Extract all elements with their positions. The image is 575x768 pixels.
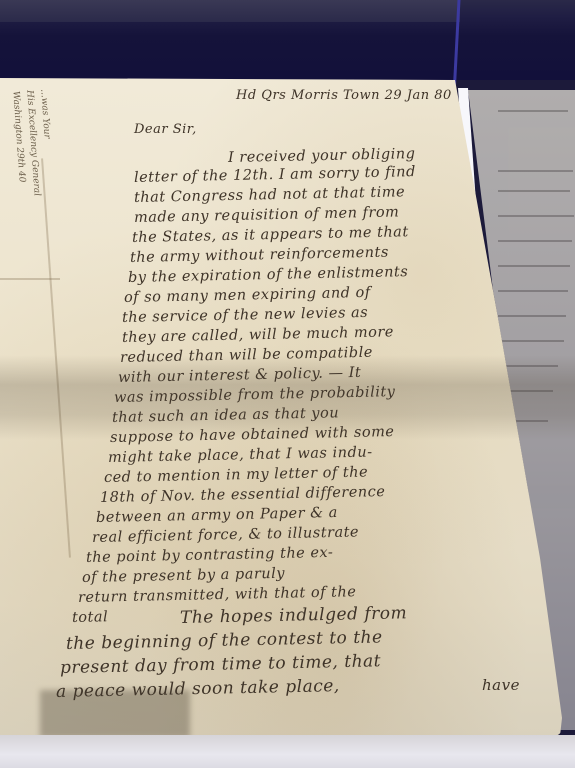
- case-ledge: [0, 0, 460, 22]
- paper-fold: [0, 278, 60, 280]
- letter-salutation: Dear Sir,: [134, 122, 197, 137]
- paper-fold: [41, 158, 71, 557]
- letter-line: total: [72, 609, 108, 626]
- display-case-glass: [0, 735, 575, 768]
- letter-heading: Hd Qrs Morris Town 29 Jan 80: [236, 88, 452, 103]
- letter-catchword: have: [482, 676, 520, 694]
- display-case-top: [0, 0, 575, 80]
- light-shadow: [40, 690, 190, 738]
- side-endorsement: ...was Your His Excellency General Washi…: [8, 89, 57, 198]
